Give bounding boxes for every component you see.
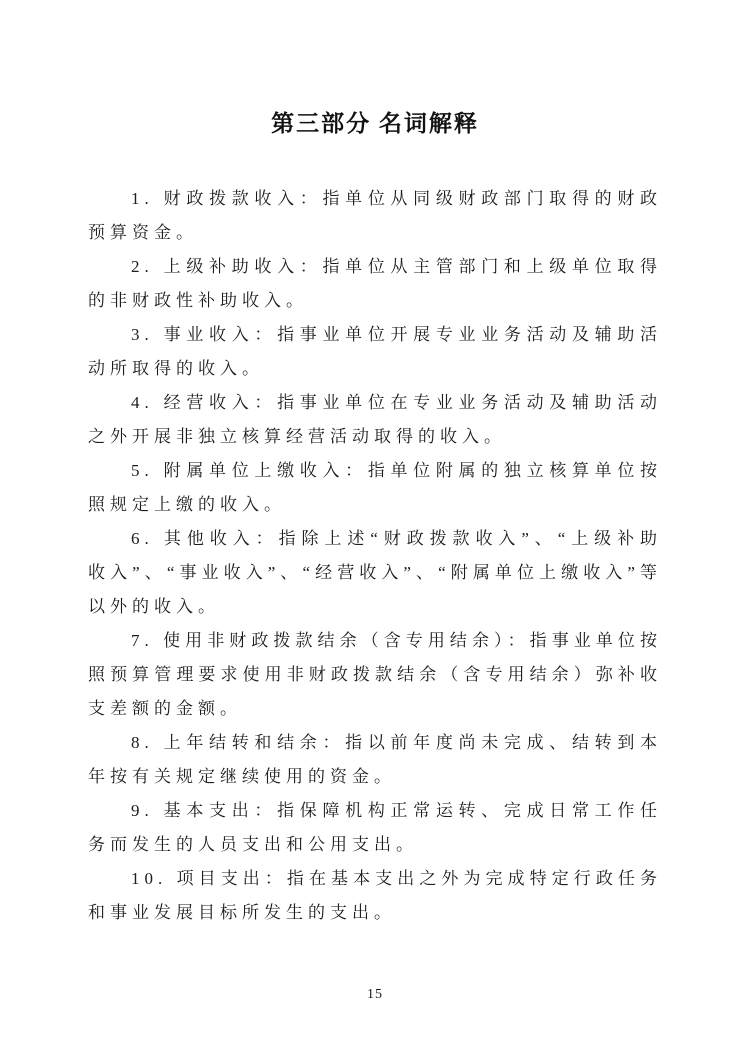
definition-paragraph: 8. 上年结转和结余：指以前年度尚未完成、结转到本年按有关规定继续使用的资金。: [88, 726, 662, 794]
definitions-list: 1. 财政拨款收入：指单位从同级财政部门取得的财政预算资金。2. 上级补助收入：…: [88, 182, 662, 930]
definition-paragraph: 2. 上级补助收入：指单位从主管部门和上级单位取得的非财政性补助收入。: [88, 250, 662, 318]
definition-paragraph: 5. 附属单位上缴收入：指单位附属的独立核算单位按照规定上缴的收入。: [88, 454, 662, 522]
page-number: 15: [0, 987, 750, 1003]
definition-paragraph: 3. 事业收入：指事业单位开展专业业务活动及辅助活动所取得的收入。: [88, 318, 662, 386]
definition-paragraph: 1. 财政拨款收入：指单位从同级财政部门取得的财政预算资金。: [88, 182, 662, 250]
definition-paragraph: 10. 项目支出：指在基本支出之外为完成特定行政任务和事业发展目标所发生的支出。: [88, 862, 662, 930]
document-page: 第三部分 名词解释 1. 财政拨款收入：指单位从同级财政部门取得的财政预算资金。…: [0, 0, 750, 1061]
definition-paragraph: 9. 基本支出：指保障机构正常运转、完成日常工作任务而发生的人员支出和公用支出。: [88, 794, 662, 862]
page-title: 第三部分 名词解释: [88, 110, 662, 138]
definition-paragraph: 6. 其他收入：指除上述“财政拨款收入”、“上级补助收入”、“事业收入”、“经营…: [88, 522, 662, 624]
definition-paragraph: 7. 使用非财政拨款结余（含专用结余）：指事业单位按照预算管理要求使用非财政拨款…: [88, 624, 662, 726]
definition-paragraph: 4. 经营收入：指事业单位在专业业务活动及辅助活动之外开展非独立核算经营活动取得…: [88, 386, 662, 454]
